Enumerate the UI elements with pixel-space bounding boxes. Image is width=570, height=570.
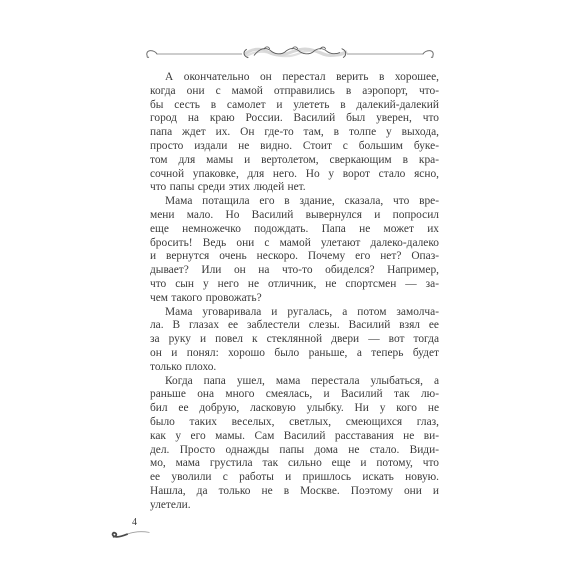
text-line: ее уволили с работы и пришлось искать но… xyxy=(150,471,439,485)
text-line: Когда папа ушел, мама перестала улыбатьс… xyxy=(150,375,439,389)
text-line: что папы среди этих людей нет. xyxy=(150,181,439,195)
text-line: сочной упаковке, для него. Но у ворот ст… xyxy=(150,168,439,182)
text-line: дел. Просто однажды папы дома не стало. … xyxy=(150,444,439,458)
text-line: чем такого провожать? xyxy=(150,292,439,306)
text-line: было таких веселых, светлых, смеющихся г… xyxy=(150,416,439,430)
text-line: и вернутся очень нескоро. Почему его нет… xyxy=(150,250,439,264)
text-line: бросить! Ведь они с мамой улетают далеко… xyxy=(150,237,439,251)
text-line: когда они с мамой отправились в аэропорт… xyxy=(150,85,439,99)
text-line: папа ждет их. Он где-то там, в толпе у в… xyxy=(150,126,439,140)
text-line: Мама потащила его в здание, сказала, что… xyxy=(150,195,439,209)
text-line: том для мамы и вертолетом, сверкающим в … xyxy=(150,154,439,168)
text-line: как у его мамы. Сам Василий расставания … xyxy=(150,430,439,444)
text-line: бил ее добрую, ласковую улыбку. Ни у ког… xyxy=(150,402,439,416)
page-number-swash-icon xyxy=(107,528,151,543)
text-line: просто издали не видно. Стоит с большим … xyxy=(150,140,439,154)
text-line: он и понял: хорошо было раньше, а теперь… xyxy=(150,347,439,361)
text-line: только плохо. xyxy=(150,361,439,375)
text-line: бы сесть в самолет и улететь в далекий-д… xyxy=(150,99,439,113)
text-line: город на краю России. Василий был уверен… xyxy=(150,112,439,126)
text-line: еще немножечко подождать. Папа не может … xyxy=(150,223,439,237)
text-line: что сын у него не отличник, не спортсмен… xyxy=(150,278,439,292)
text-line: ла. В глазах ее заблестели слезы. Васили… xyxy=(150,319,439,333)
text-line: раньше она много смеялась, и Василий так… xyxy=(150,388,439,402)
text-line: дывает? Или он на что-то обиделся? Напри… xyxy=(150,264,439,278)
text-line: Нашла, да только не в Москве. Поэтому он… xyxy=(150,485,439,499)
ornamental-divider-icon xyxy=(144,44,436,62)
book-page: А окончательно он перестал верить в хоро… xyxy=(0,0,570,570)
text-line: А окончательно он перестал верить в хоро… xyxy=(150,71,439,85)
text-line: Мама уговаривала и ругалась, а потом зам… xyxy=(150,306,439,320)
page-text: А окончательно он перестал верить в хоро… xyxy=(150,71,439,513)
text-line: улетели. xyxy=(150,499,439,513)
text-line: за руку и повел к стеклянной двери — вот… xyxy=(150,333,439,347)
text-line: мо, мама грустила так сильно еще и потом… xyxy=(150,457,439,471)
text-line: мени мало. Но Василий вывернулся и попро… xyxy=(150,209,439,223)
